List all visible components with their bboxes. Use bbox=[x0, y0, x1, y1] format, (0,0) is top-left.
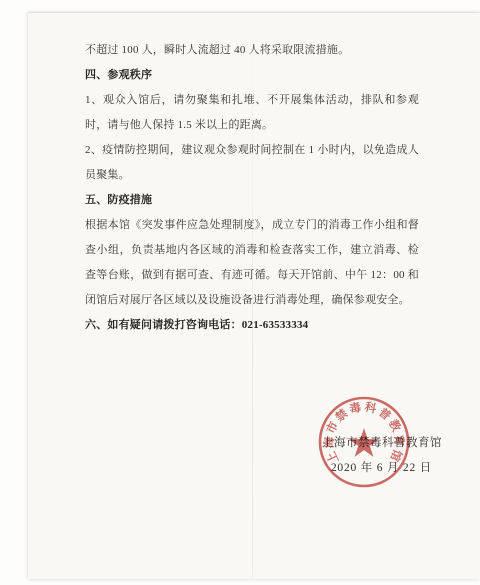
seal-star-icon bbox=[349, 428, 379, 457]
scanned-document: 不超过 100 人，瞬时人流超过 40 人将采取限流措施。 四、参观秩序 1、观… bbox=[0, 0, 480, 585]
section-heading-order: 四、参观秩序 bbox=[85, 63, 419, 88]
document-page: 不超过 100 人，瞬时人流超过 40 人将采取限流措施。 四、参观秩序 1、观… bbox=[28, 12, 480, 579]
paragraph-order-item-2: 2、疫情防控期间，建议观众参观时间控制在 1 小时内，以免造成人员聚集。 bbox=[85, 138, 419, 188]
paragraph-limit-notice: 不超过 100 人，瞬时人流超过 40 人将采取限流措施。 bbox=[85, 38, 419, 63]
paragraph-disinfection: 根据本馆《突发事件应急处理制度》，成立专门的消毒工作小组和督查小组，负责基地内各… bbox=[85, 213, 419, 313]
section-heading-hotline: 六、如有疑问请拨打咨询电话：021-63533334 bbox=[85, 313, 419, 338]
document-body: 不超过 100 人，瞬时人流超过 40 人将采取限流措施。 四、参观秩序 1、观… bbox=[85, 38, 419, 338]
official-seal: 上海市禁毒科普教育馆 bbox=[316, 394, 412, 490]
paragraph-order-item-1: 1、观众入馆后，请勿聚集和扎堆、不开展集体活动，排队和参观时，请与他人保持 1.… bbox=[85, 88, 419, 138]
section-heading-epidemic: 五、防疫措施 bbox=[85, 188, 419, 213]
